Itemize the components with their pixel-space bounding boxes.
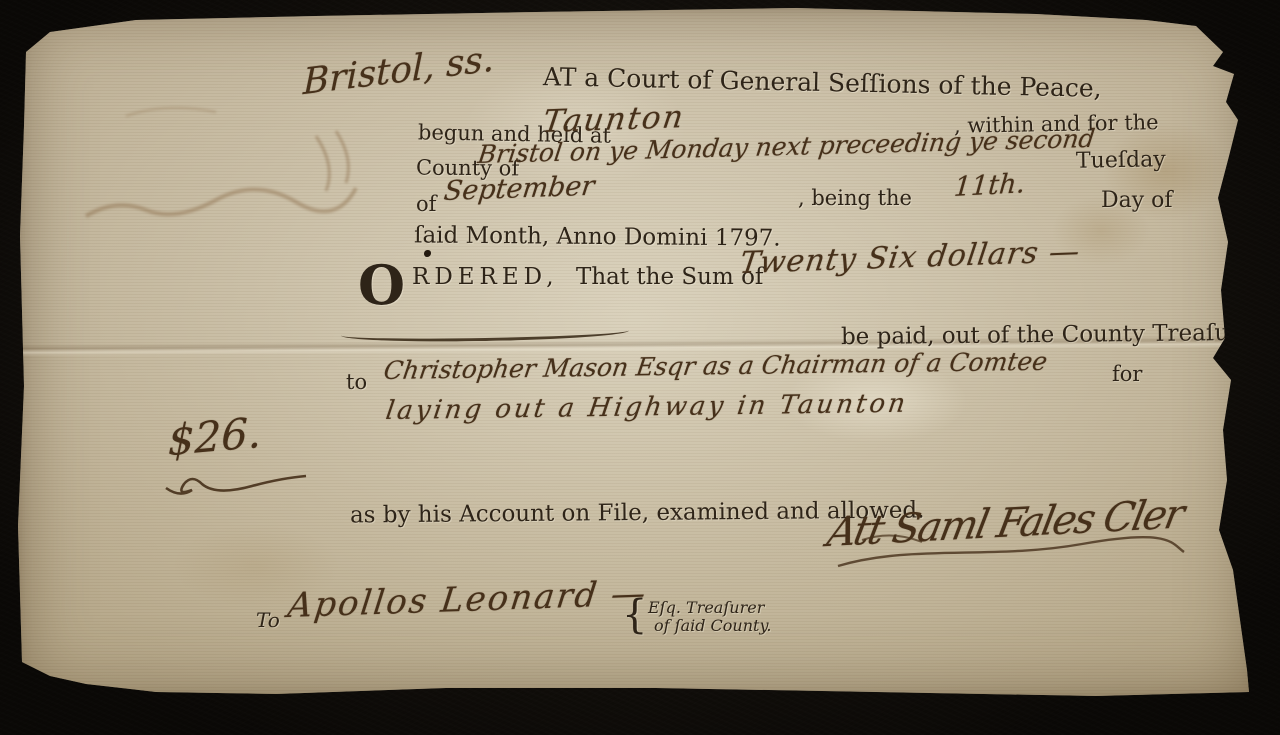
court-title-printed: AT a Court of General Seſſions of the Pe… <box>543 62 1102 103</box>
document-paper: Bristol, ss. AT a Court of General Seſſi… <box>16 6 1256 700</box>
signature-flourish <box>832 526 1192 576</box>
addressee-name-handwritten: Apollos Leonard — <box>286 573 650 626</box>
ordered-caps-printed: RDERED, <box>412 264 559 290</box>
purpose-handwritten: laying out a Highway in Taunton <box>384 389 910 426</box>
treasurer-title-line2-printed: of ſaid County. <box>654 616 771 635</box>
addressee-to-printed: To <box>256 608 280 632</box>
being-the-printed: , being the <box>798 186 912 210</box>
photo-of-1797-court-order-document: { "palette": { "background": "#15110c", … <box>0 0 1280 735</box>
month-handwritten: September <box>442 171 596 207</box>
for-printed: for <box>1112 362 1142 386</box>
treasurer-brace: { <box>622 592 647 638</box>
to-printed: to <box>346 370 367 394</box>
anno-domini-printed: ſaid Month, Anno Domini 1797. <box>414 222 781 251</box>
margin-amount-handwritten: $26. <box>168 408 262 465</box>
amount-words-handwritten: Twenty Six dollars — <box>738 234 1083 281</box>
day-number-handwritten: 11th. <box>953 168 1027 203</box>
treasurer-title-line1-printed: Eſq. Treaſurer <box>648 598 764 617</box>
sum-of-printed: That the Sum of <box>576 264 763 290</box>
be-paid-printed: be paid, out of the County Treaſury, <box>841 320 1258 350</box>
ordered-initial-printed: O <box>358 258 405 312</box>
place-handwritten: Taunton <box>540 99 687 140</box>
of-printed: of <box>416 192 436 216</box>
tuesday-printed: Tueſday <box>1076 147 1166 174</box>
day-of-printed: Day of <box>1101 188 1173 213</box>
margin-amount-flourish <box>156 462 316 498</box>
